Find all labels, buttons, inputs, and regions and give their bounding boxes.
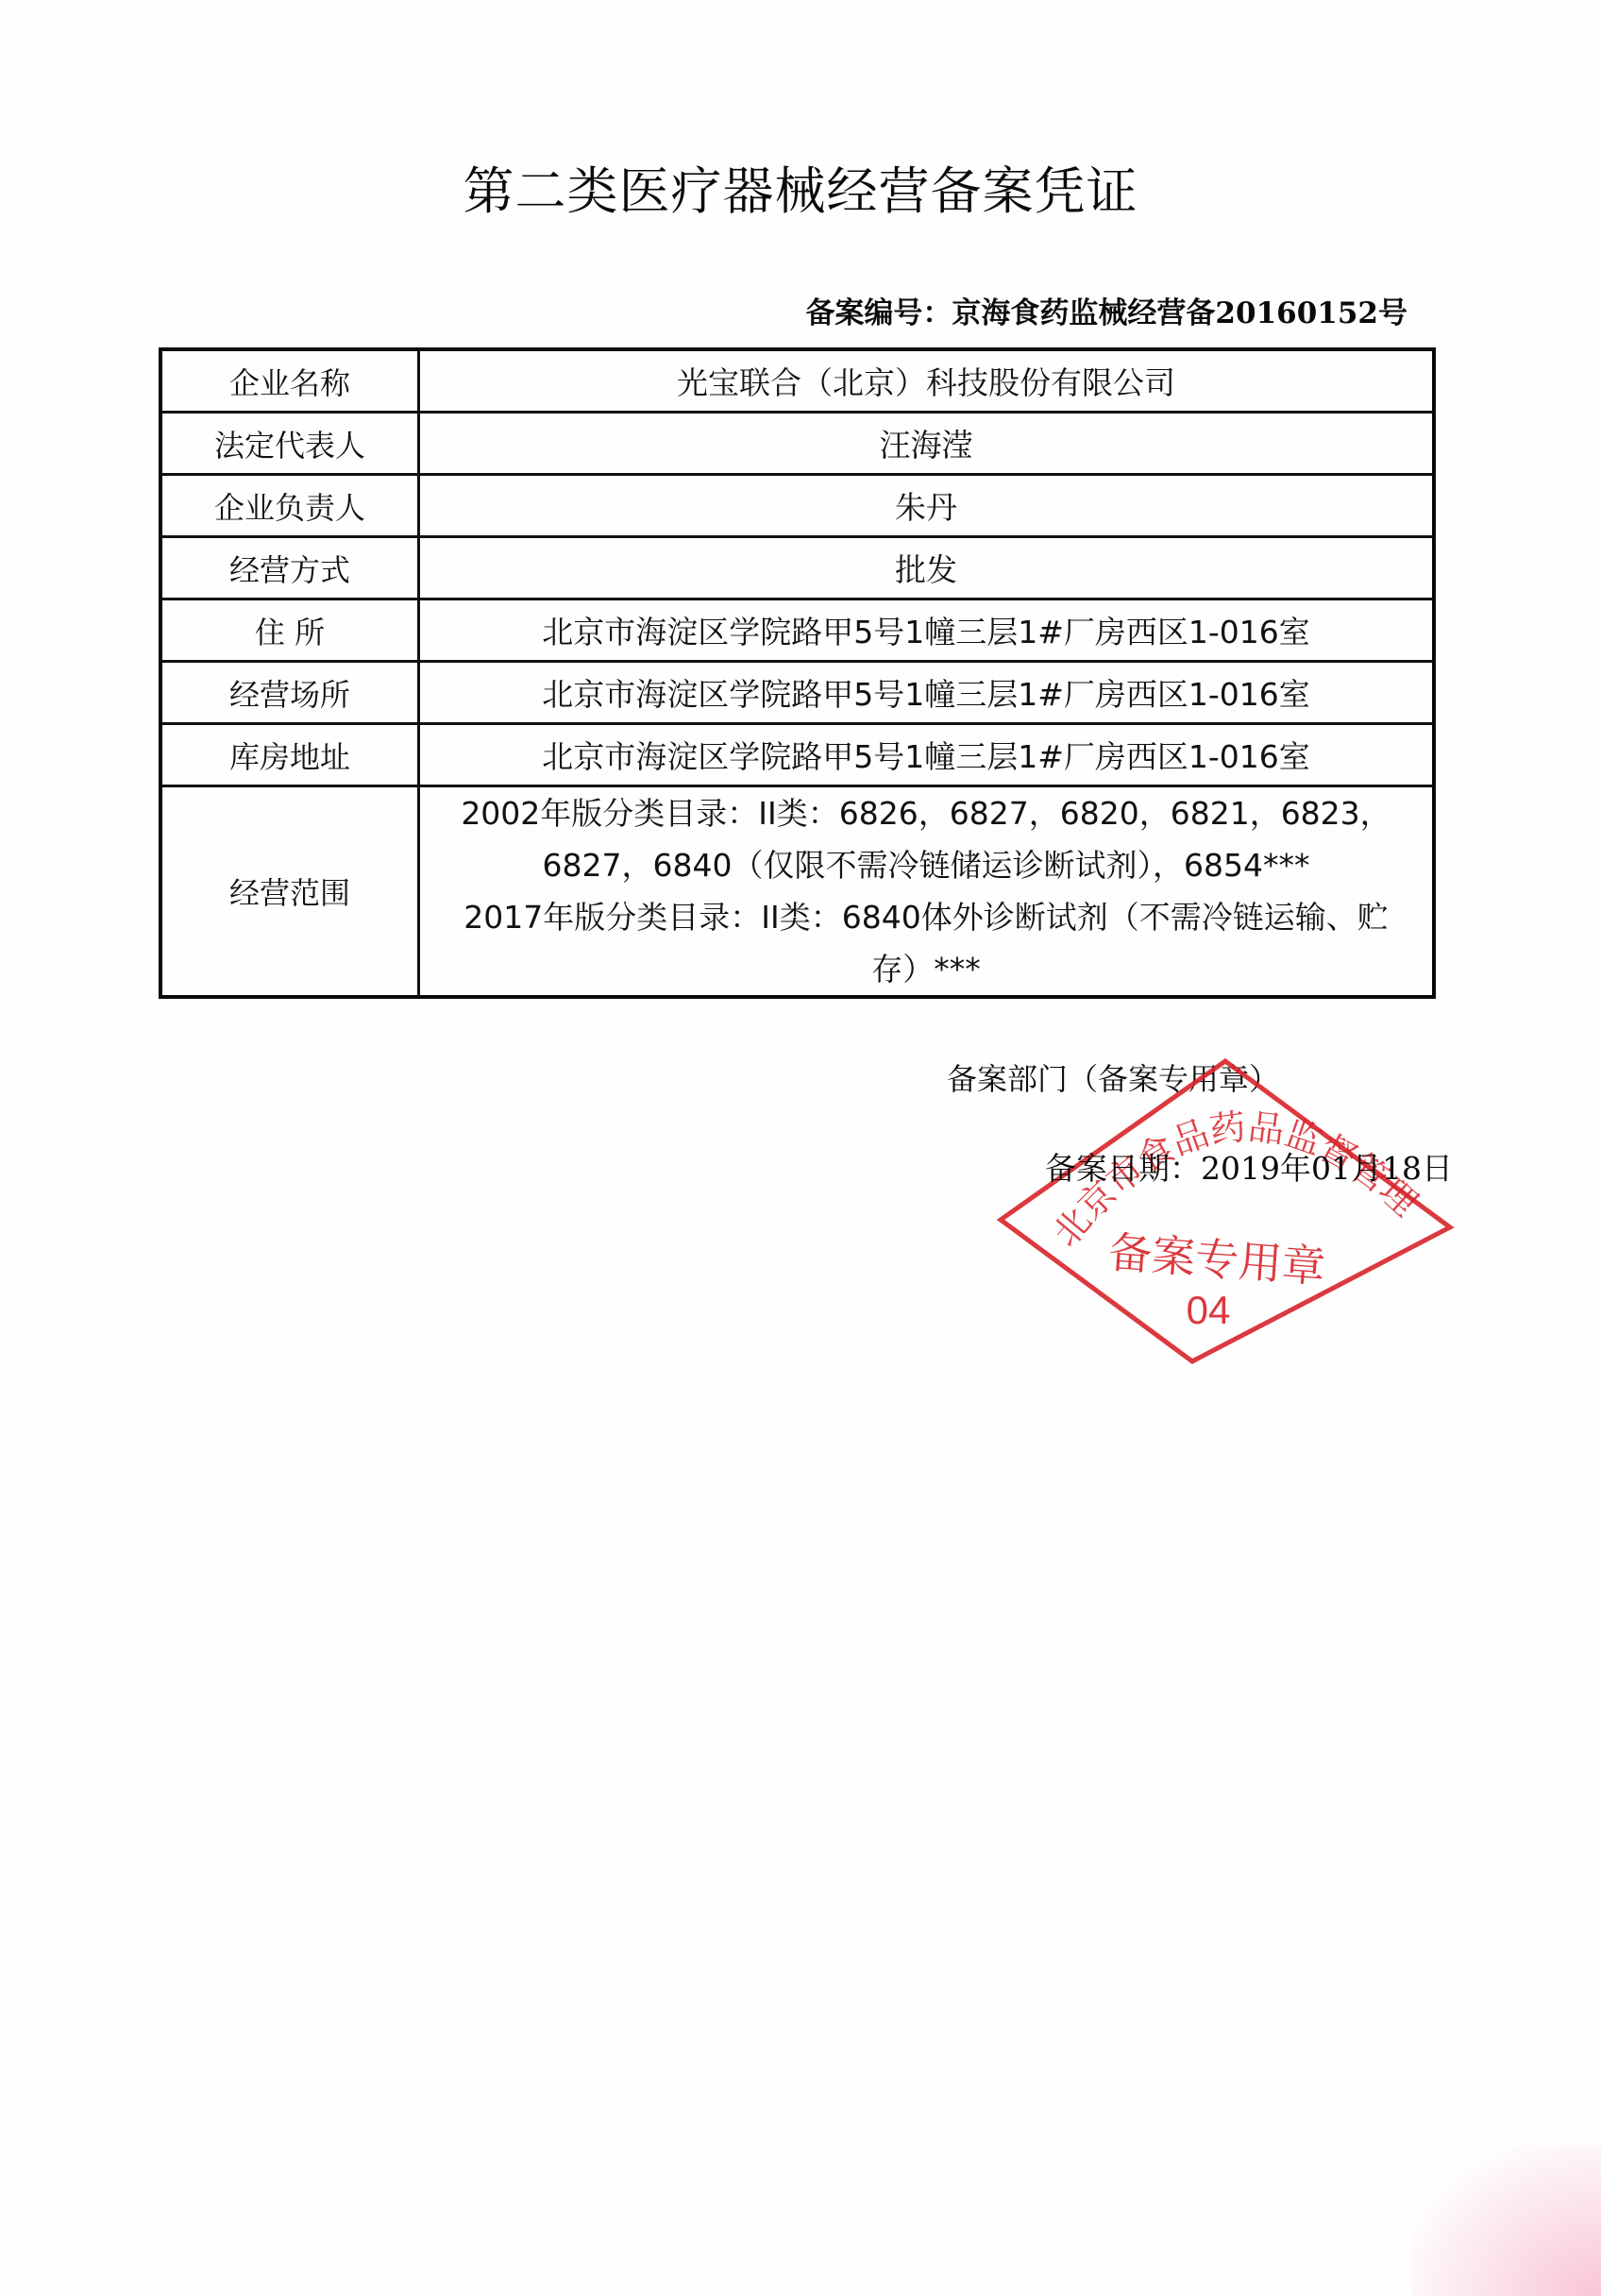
row-value: 汪海滢 [419,413,1435,475]
row-label: 经营方式 [160,537,419,599]
table-row-business-scope: 经营范围 2002年版分类目录：II类：6826，6827，6820，6821，… [160,786,1434,998]
seal-number: 04 [1187,1288,1231,1332]
table-row-warehouse-address: 库房地址 北京市海淀区学院路甲5号1幢三层1#厂房西区1-016室 [160,724,1434,786]
row-value: 北京市海淀区学院路甲5号1幢三层1#厂房西区1-016室 [419,724,1435,786]
row-label: 经营范围 [160,786,419,998]
scope-value: 2002年版分类目录：II类：6826，6827，6820，6821，6823，… [419,786,1435,998]
scan-artifact [1412,2145,1601,2296]
scope-line: 存）*** [431,943,1421,995]
table-row-domicile: 住 所 北京市海淀区学院路甲5号1幢三层1#厂房西区1-016室 [160,599,1434,662]
table-row-person-in-charge: 企业负责人 朱丹 [160,475,1434,537]
row-value: 朱丹 [419,475,1435,537]
row-label: 企业负责人 [160,475,419,537]
filing-department: 备案部门（备案专用章） [947,1055,1279,1099]
row-label: 企业名称 [160,349,419,413]
row-label: 住 所 [160,599,419,662]
filing-date: 备案日期：2019年01月18日 [1045,1144,1453,1189]
table-row-business-premises: 经营场所 北京市海淀区学院路甲5号1幢三层1#厂房西区1-016室 [160,662,1434,724]
row-value: 北京市海淀区学院路甲5号1幢三层1#厂房西区1-016室 [419,662,1435,724]
row-label: 库房地址 [160,724,419,786]
document-page: 第二类医疗器械经营备案凭证 备案编号：京海食药监械经营备20160152号 企业… [0,0,1601,2296]
scope-line: 6827，6840（仅限不需冷链储运诊断试剂），6854*** [431,839,1421,891]
table-row-business-mode: 经营方式 批发 [160,537,1434,599]
seal-center-text: 备案专用章 [1107,1226,1327,1292]
scope-line: 2017年版分类目录：II类：6840体外诊断试剂（不需冷链运输、贮 [431,891,1421,943]
record-number: 备案编号：京海食药监械经营备20160152号 [805,289,1407,331]
info-table: 企业名称 光宝联合（北京）科技股份有限公司 法定代表人 汪海滢 企业负责人 朱丹… [159,347,1436,999]
row-value: 光宝联合（北京）科技股份有限公司 [419,349,1435,413]
table-row-company-name: 企业名称 光宝联合（北京）科技股份有限公司 [160,349,1434,413]
row-value: 北京市海淀区学院路甲5号1幢三层1#厂房西区1-016室 [419,599,1435,662]
scope-line: 2002年版分类目录：II类：6826，6827，6820，6821，6823， [431,787,1421,839]
row-value: 批发 [419,537,1435,599]
row-label: 经营场所 [160,662,419,724]
row-label: 法定代表人 [160,413,419,475]
table-row-legal-representative: 法定代表人 汪海滢 [160,413,1434,475]
document-title: 第二类医疗器械经营备案凭证 [0,151,1601,224]
